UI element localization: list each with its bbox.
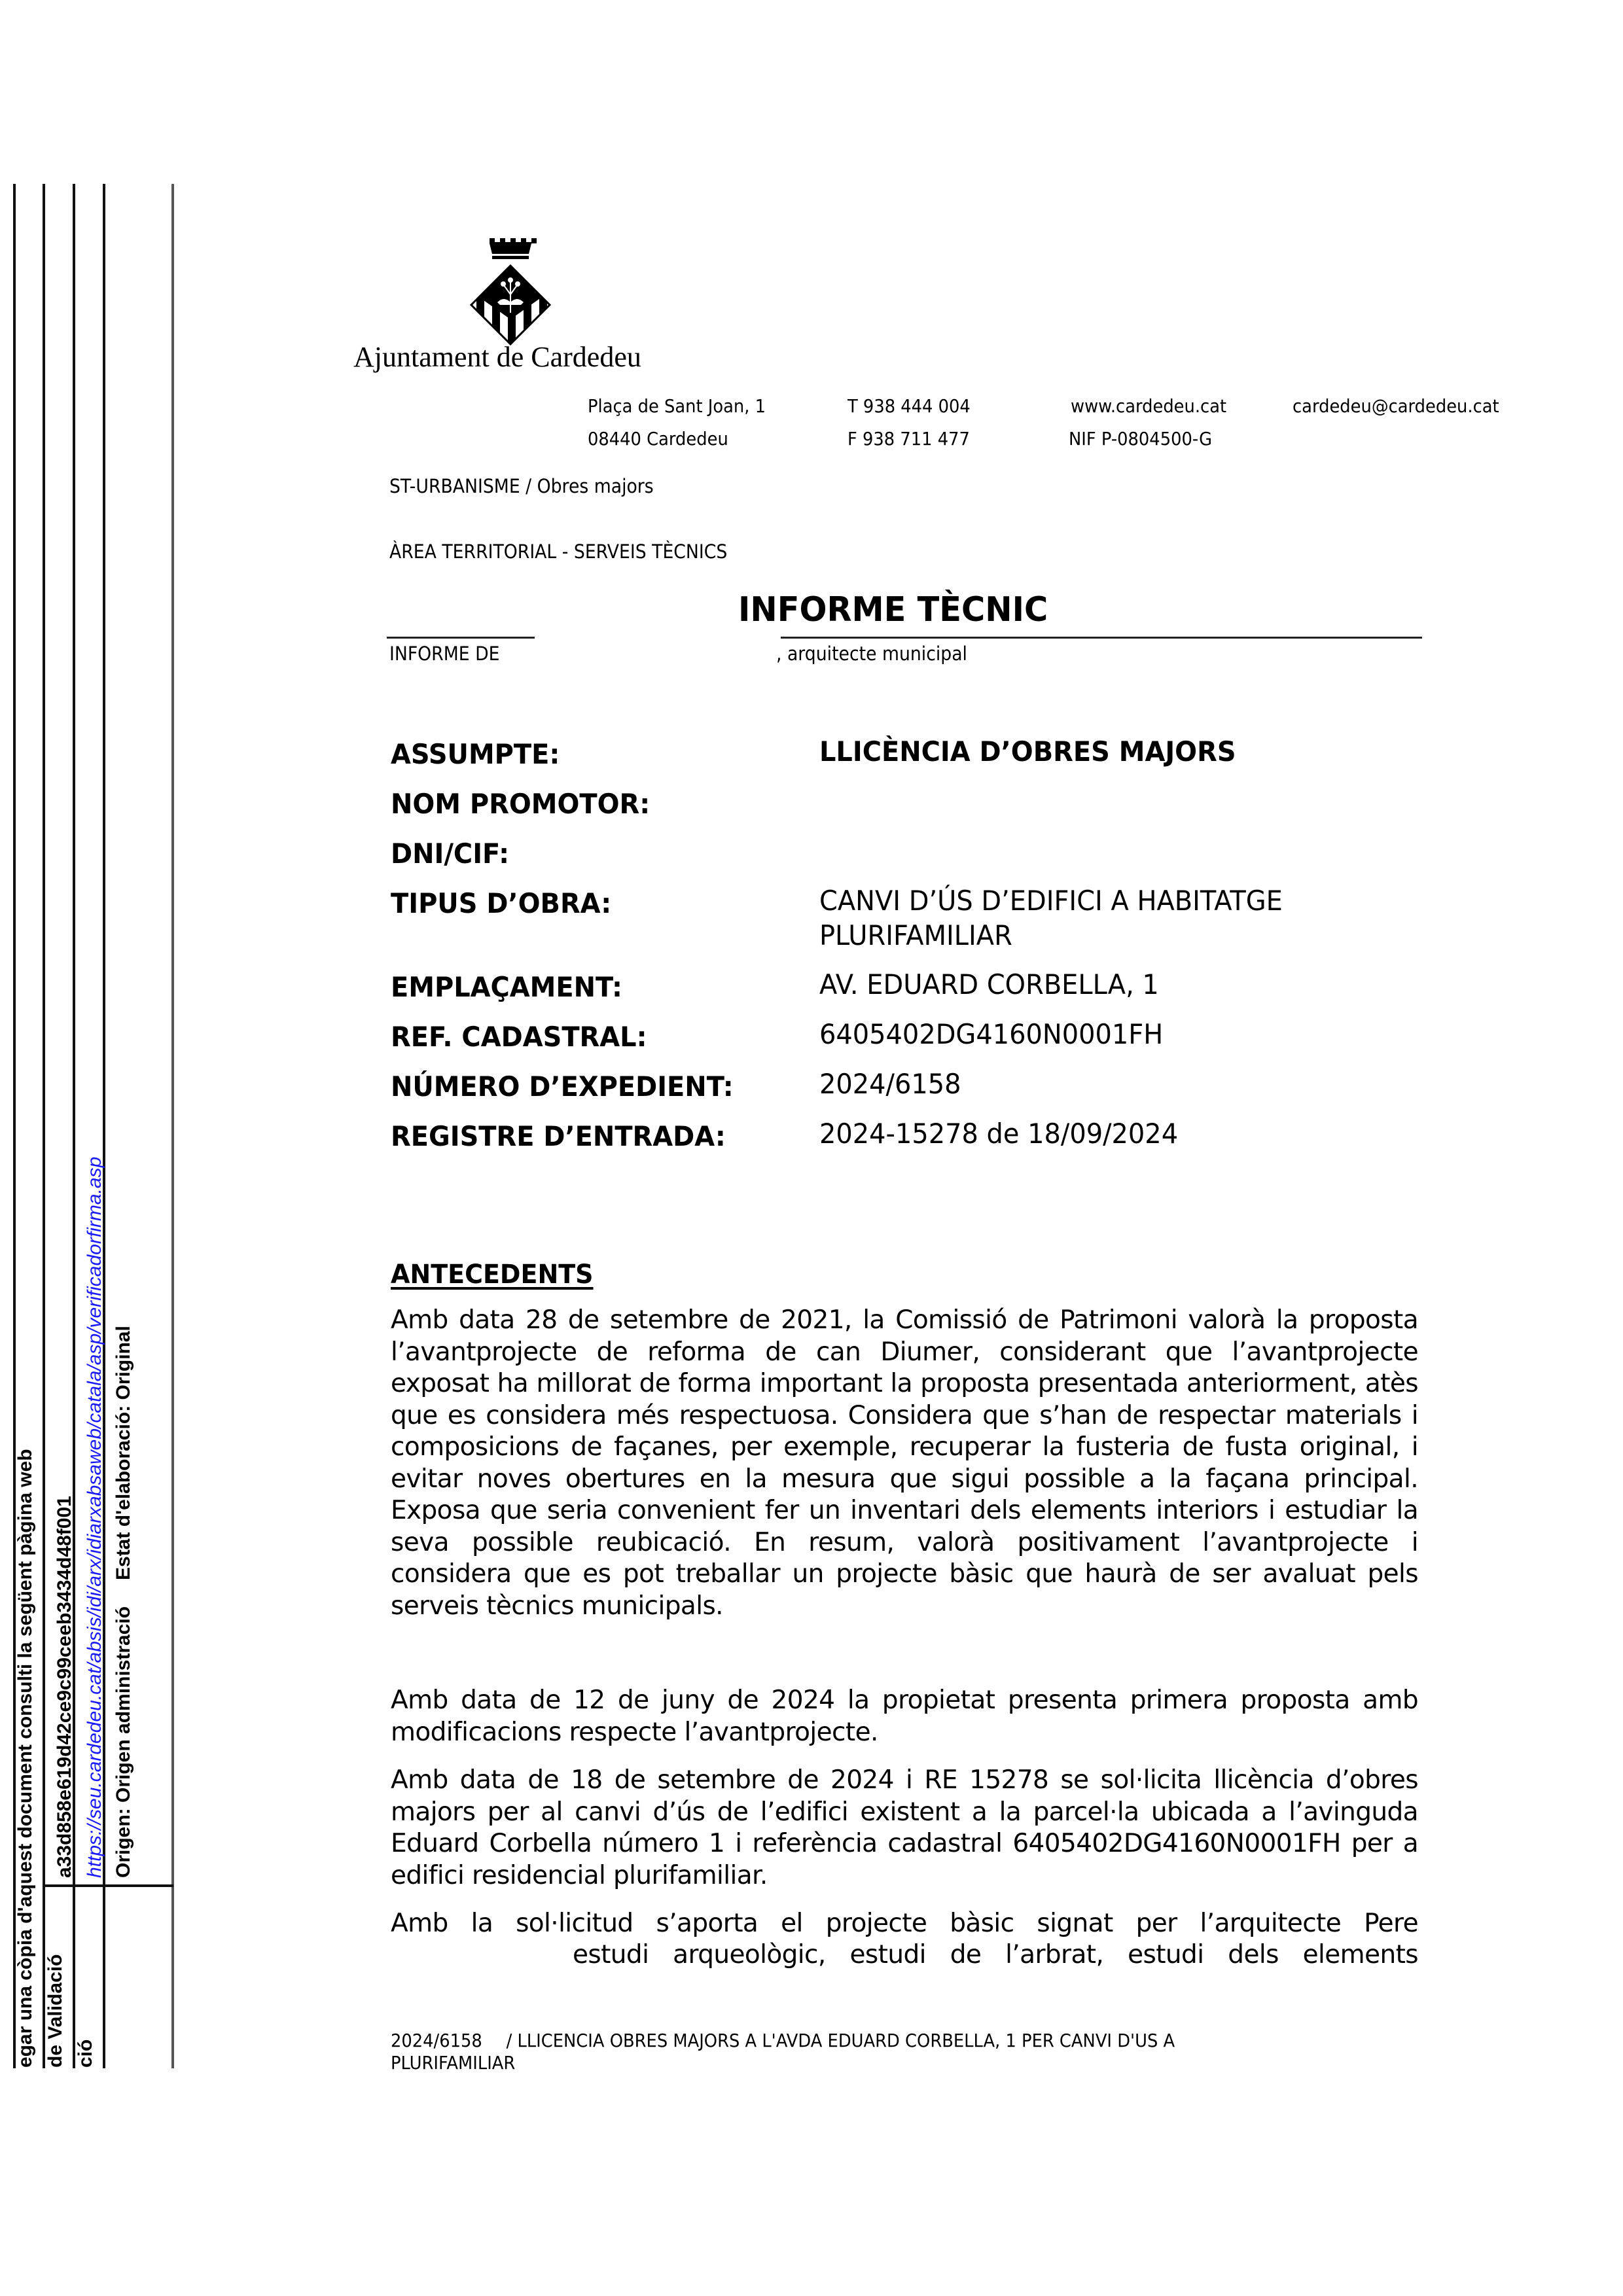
title-rule-right	[781, 637, 1422, 639]
paragraph-continuation: estudi arqueològic, estudi de l’arbrat, …	[391, 1939, 1418, 1971]
page-title: INFORME TÈCNIC	[738, 590, 1048, 629]
strip-divider	[103, 1884, 173, 1887]
author-suffix: , arquitecte municipal	[776, 643, 967, 665]
author-prefix: INFORME DE	[389, 643, 499, 665]
origin-text: Origen: Origen administració	[113, 1606, 135, 1878]
section-title-antecedents: ANTECEDENTS	[391, 1260, 594, 1290]
footer-description: / LLICENCIA OBRES MAJORS A L'AVDA EDUARD…	[507, 2030, 1175, 2051]
field-label-location: EMPLAÇAMENT:	[391, 971, 622, 1003]
strip-border	[171, 184, 174, 2068]
validation-strip: egar una còpia d'aquest document consult…	[0, 0, 196, 2296]
department-label: ST-URBANISME / Obres majors	[389, 475, 654, 497]
status-text: Estat d'elaboració: Original	[113, 1326, 135, 1580]
field-value-registry: 2024-15278 de 18/09/2024	[819, 1116, 1178, 1152]
verification-url-link[interactable]: https://seu.cardedeu.cat/absis/idi/arx/i…	[84, 1157, 106, 1878]
field-value-cadastral: 6405402DG4160N0001FH	[819, 1017, 1163, 1052]
field-label-file-number: NÚMERO D’EXPEDIENT:	[391, 1070, 734, 1103]
field-value-subject: LLICÈNCIA D’OBRES MAJORS	[819, 734, 1236, 769]
coat-of-arms-icon	[465, 236, 556, 347]
phone-number: T 938 444 004	[847, 395, 971, 417]
address-line1: Plaça de Sant Joan, 1	[588, 395, 766, 417]
copy-notice: egar una còpia d'aquest document consult…	[14, 1449, 37, 2068]
email-link[interactable]: cardedeu@cardedeu.cat	[1293, 395, 1499, 417]
strip-divider	[43, 1884, 105, 1887]
field-label-work-type: TIPUS D’OBRA:	[391, 887, 611, 919]
validation-code-label: de Validació	[45, 1954, 67, 2068]
paragraph-text: estudi arqueològic, estudi de l’arbrat, …	[573, 1940, 1418, 1969]
validation-code: a33d858e619d42ce9c99ceeb3434d48f001	[54, 1496, 76, 1878]
municipality-logo: Ajuntament de Cardedeu	[353, 236, 694, 380]
organization-name: Ajuntament de Cardedeu	[353, 340, 641, 374]
paragraph: Amb data de 12 de juny de 2024 la propie…	[391, 1685, 1418, 1748]
strip-border	[43, 184, 45, 2068]
field-value-location: AV. EDUARD CORBELLA, 1	[819, 967, 1159, 1002]
fax-number: F 938 711 477	[847, 428, 970, 450]
field-value-file-number: 2024/6158	[819, 1067, 961, 1102]
address-line2: 08440 Cardedeu	[588, 428, 728, 450]
area-label: ÀREA TERRITORIAL - SERVEIS TÈCNICS	[389, 540, 727, 563]
field-label-cadastral: REF. CADASTRAL:	[391, 1021, 647, 1053]
footer-description-line2: PLURIFAMILIAR	[391, 2052, 515, 2074]
page-footer: 2024/6158/ LLICENCIA OBRES MAJORS A L'AV…	[391, 2030, 1175, 2074]
field-value-work-type: CANVI D’ÚS D’EDIFICI A HABITATGE	[819, 883, 1283, 919]
website-link[interactable]: www.cardedeu.cat	[1071, 395, 1226, 417]
title-rule-left	[387, 637, 535, 639]
field-label-subject: ASSUMPTE:	[391, 738, 560, 770]
field-label-promoter: NOM PROMOTOR:	[391, 788, 650, 820]
footer-file-number: 2024/6158	[391, 2030, 482, 2051]
paragraph: Amb data 28 de setembre de 2021, la Comi…	[391, 1305, 1418, 1622]
nif-number: NIF P-0804500-G	[1069, 428, 1212, 450]
field-value-work-type-line2: PLURIFAMILIAR	[819, 918, 1012, 953]
paragraph: Amb data de 18 de setembre de 2024 i RE …	[391, 1765, 1418, 1892]
field-label-registry: REGISTRE D’ENTRADA:	[391, 1120, 726, 1152]
paragraph: Amb la sol·licitud s’aporta el projecte …	[391, 1908, 1418, 1940]
verification-url-label: ció	[75, 2040, 97, 2068]
field-label-dni: DNI/CIF:	[391, 838, 509, 870]
